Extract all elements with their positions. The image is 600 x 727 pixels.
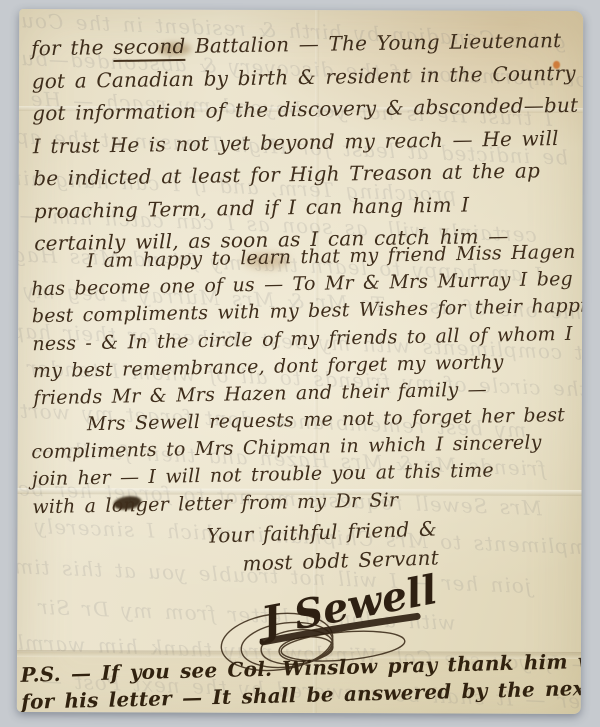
letter-scan: got a Canadian by birth & resident in th… — [0, 0, 600, 727]
paragraph-1: for the second Battalion — The Young Lie… — [31, 28, 581, 264]
paragraph-3: Mrs Sewell requests me not to forget her… — [31, 404, 579, 523]
signature-text: J Sewell — [251, 566, 441, 647]
opening-prefix: for the — [31, 35, 113, 60]
opening-suffix: Battalion — The Young Lieutenant — [185, 28, 561, 58]
paragraph-2: I am happy to learn that my friend Miss … — [31, 241, 580, 415]
letter-page: got a Canadian by birth & resident in th… — [17, 9, 583, 714]
underlined-word: second — [113, 34, 186, 62]
scanner-background: { "letter": { "opening_line": { "prefix"… — [0, 0, 600, 727]
